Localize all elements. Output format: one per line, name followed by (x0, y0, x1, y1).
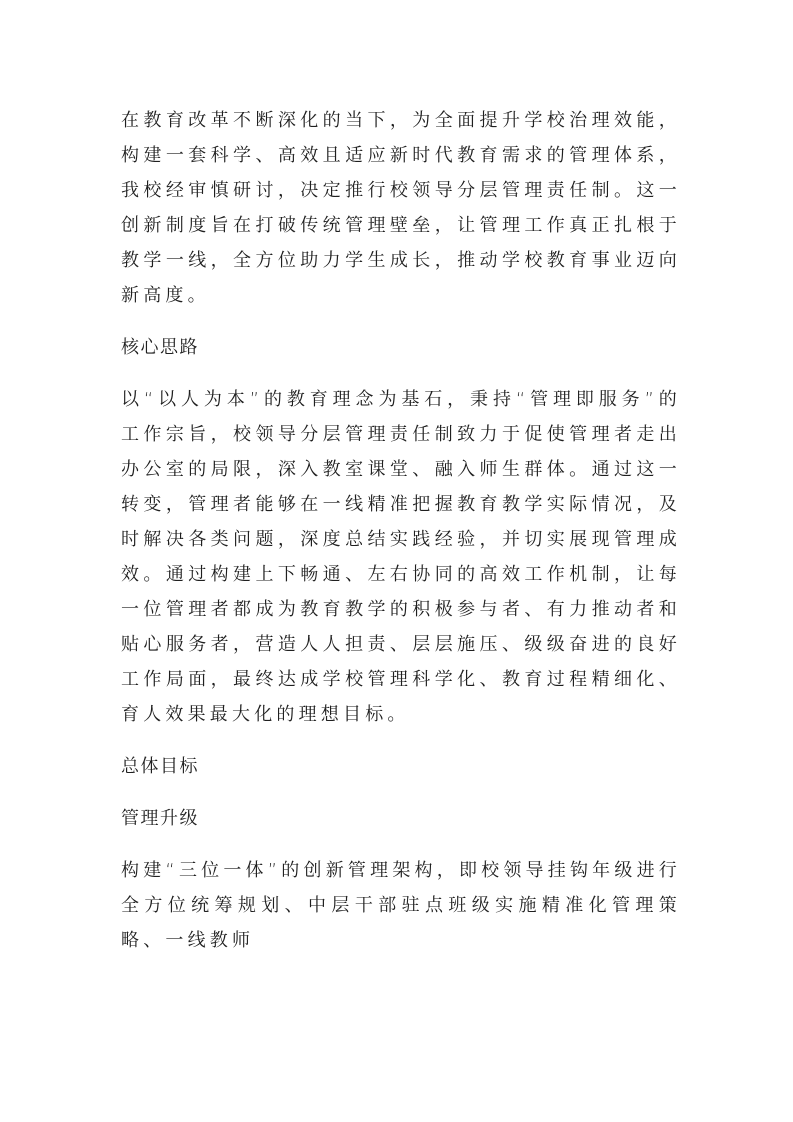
spacer (121, 313, 681, 330)
document-page: 在教育改革不断深化的当下，为全面提升学校治理效能，构建一套科学、高效且适应新时代… (0, 0, 793, 1122)
heading-core-idea: 核心思路 (121, 330, 681, 365)
spacer (121, 836, 681, 853)
heading-overall-goal: 总体目标 (121, 749, 681, 784)
document-body: 在教育改革不断深化的当下，为全面提升学校治理效能，构建一套科学、高效且适应新时代… (121, 103, 681, 958)
core-idea-paragraph: 以“以人为本”的教育理念为基石，秉持“管理即服务”的工作宗旨，校领导分层管理责任… (121, 382, 681, 732)
spacer (121, 732, 681, 749)
spacer (121, 784, 681, 801)
management-upgrade-paragraph: 构建“三位一体”的创新管理架构，即校领导挂钩年级进行全方位统筹规划、中层干部驻点… (121, 853, 681, 958)
intro-paragraph: 在教育改革不断深化的当下，为全面提升学校治理效能，构建一套科学、高效且适应新时代… (121, 103, 681, 313)
spacer (121, 365, 681, 382)
heading-management-upgrade: 管理升级 (121, 801, 681, 836)
